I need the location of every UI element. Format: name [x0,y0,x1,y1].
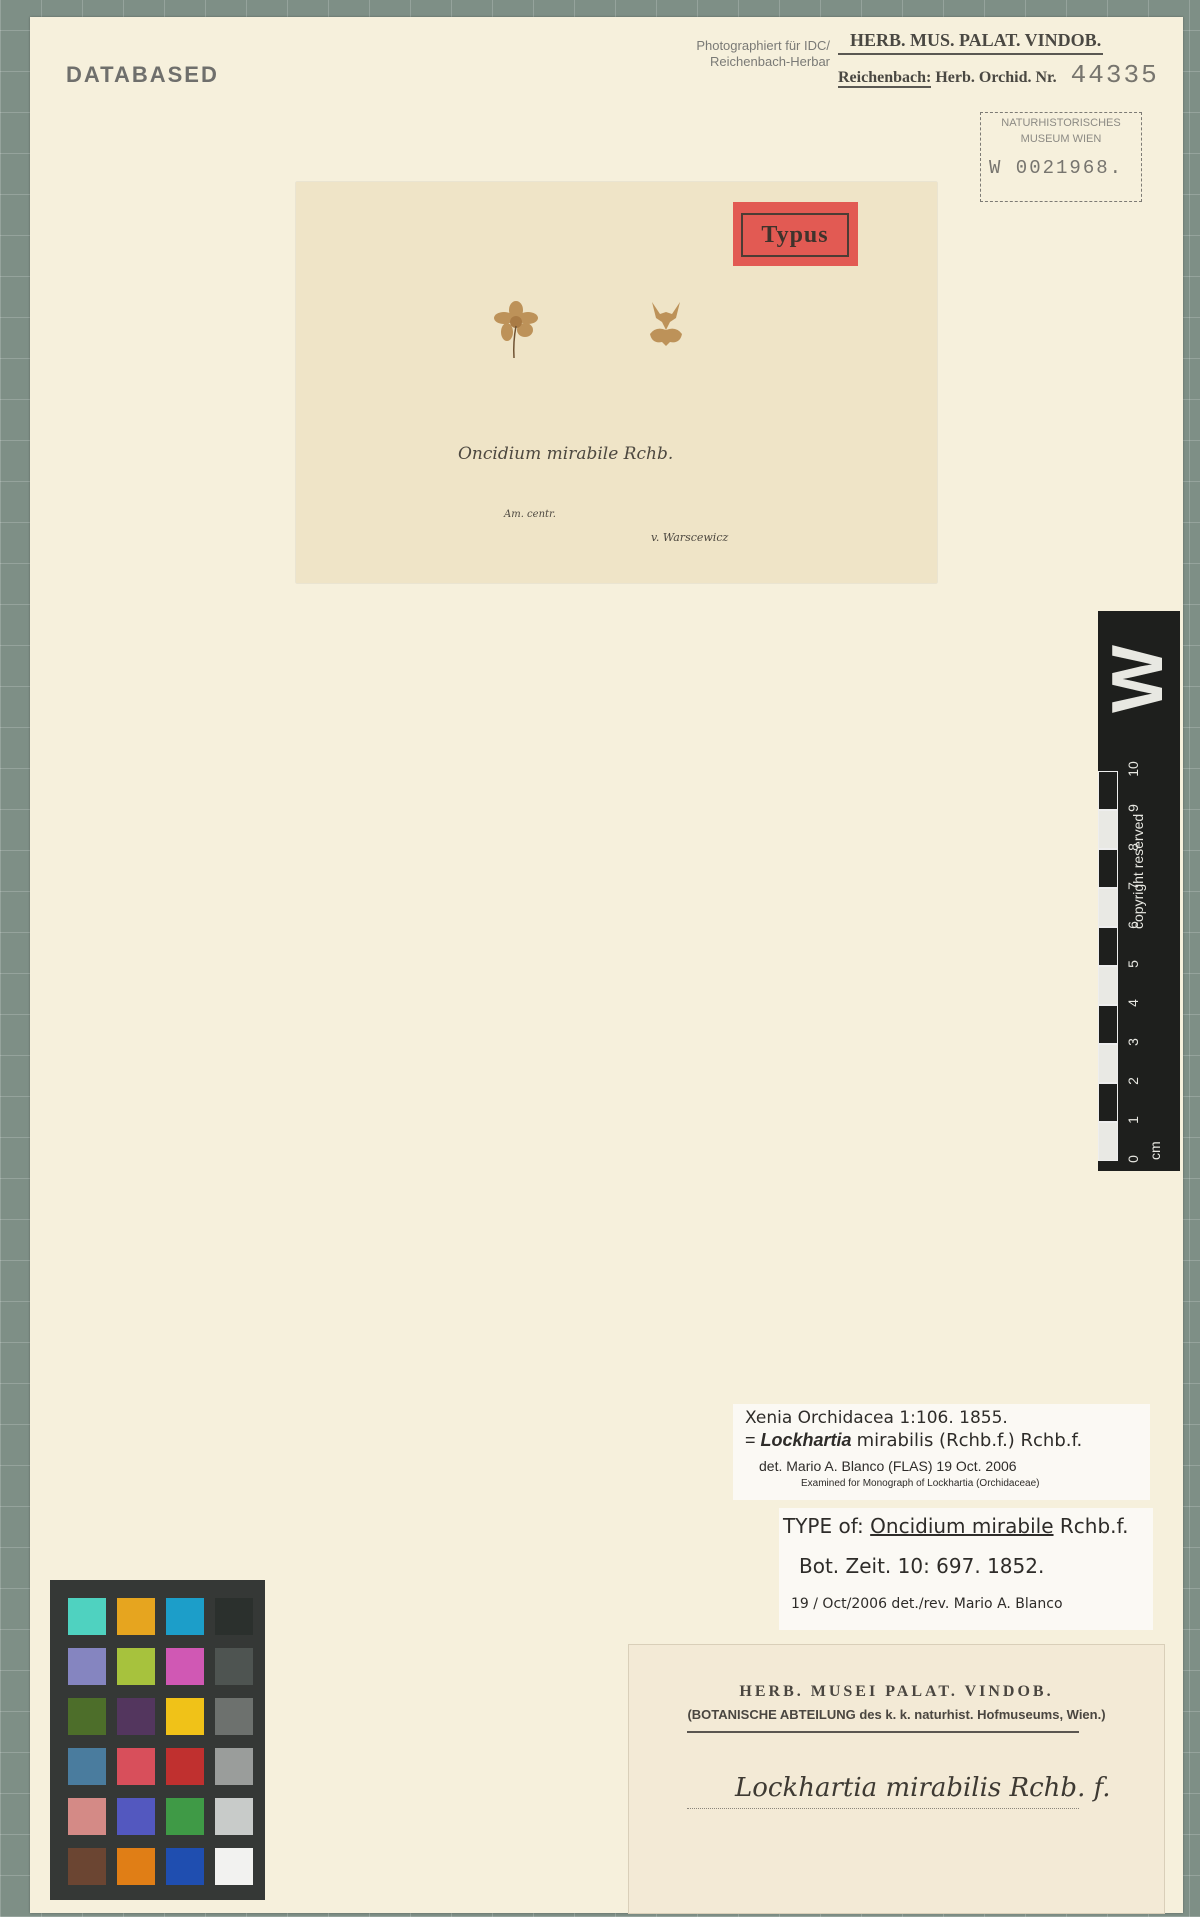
stamp-line: MUSEUM WIEN [981,133,1141,145]
color-chip [215,1848,253,1885]
ruler-tick-label: 0 [1125,1150,1141,1168]
color-chip [215,1698,253,1735]
flower-specimen-icon [494,300,538,362]
photo-note: Photographiert für IDC/ Reichenbach-Herb… [672,38,830,70]
color-chip [166,1648,204,1685]
type-author: Rchb.f. [1060,1514,1129,1538]
color-chip [68,1698,106,1735]
reichenbach-prefix: Reichenbach: [838,69,931,88]
color-chip [68,1848,106,1885]
barcode-id: W 0021968. [989,157,1141,179]
ruler-tick-label: 10 [1125,760,1141,778]
herb-label-name: Lockhartia mirabilis Rchb. f. [735,1773,1111,1803]
color-chip [215,1598,253,1635]
ruler-tick-label: 3 [1125,1033,1141,1051]
type-name: Oncidium mirabile [870,1514,1053,1538]
det-line-3: det. Mario A. Blanco (FLAS) 19 Oct. 2006 [759,1458,1017,1474]
ruler: 012345678910cm [1098,771,1120,1161]
color-chip [68,1798,106,1835]
color-chip [117,1698,155,1735]
color-chip [166,1698,204,1735]
color-chip [117,1648,155,1685]
typus-text: Typus [741,213,849,257]
color-chip [117,1798,155,1835]
reichenbach-line: Reichenbach: Herb. Orchid. Nr. 44335 [838,60,1159,90]
scale-bar: W 012345678910cm copyright reserved [1098,611,1180,1171]
det-line-4: Examined for Monograph of Lockhartia (Or… [801,1478,1039,1489]
handwritten-collector: v. Warscewicz [651,531,728,544]
color-chip [117,1598,155,1635]
typus-label: Typus [733,202,858,266]
photo-note-line: Photographiert für IDC/ [672,38,830,54]
determination-label: Xenia Orchidacea 1:106. 1855. = Lockhart… [733,1404,1150,1500]
ruler-unit: cm [1147,1142,1163,1160]
color-chip [215,1648,253,1685]
color-chip [68,1648,106,1685]
ruler-segment [1098,927,1118,966]
reichenbach-text: Herb. Orchid. Nr. [935,69,1056,86]
det-epithet: mirabilis (Rchb.f.) Rchb.f. [857,1430,1083,1451]
color-chip [215,1748,253,1785]
photo-note-line: Reichenbach-Herbar [672,54,830,70]
det-genus: Lockhartia [761,1430,852,1450]
handwritten-name: Oncidium mirabile Rchb. [458,444,673,464]
copyright-text: copyright reserved [1130,814,1146,929]
ruler-segment [1098,810,1118,849]
ruler-tick-label: 5 [1125,955,1141,973]
color-calibration-chart [50,1580,265,1900]
type-prefix: TYPE of: [783,1514,864,1538]
ruler-segment [1098,966,1118,1005]
handwritten-locality: Am. centr. [504,509,556,520]
color-chip [68,1598,106,1635]
ruler-segment [1098,1083,1118,1122]
type-label: TYPE of: Oncidium mirabile Rchb.f. Bot. … [779,1508,1153,1630]
ruler-segment [1098,1005,1118,1044]
color-chip [166,1848,204,1885]
databased-stamp: DATABASED [66,62,219,88]
stamp-line: NATURHISTORISCHES [981,117,1141,129]
ruler-segment [1098,1044,1118,1083]
color-chip [166,1798,204,1835]
specimen-packet: Typus Oncidium mirabile Rchb. Am. centr.… [296,182,937,583]
ruler-segment [1098,1122,1118,1161]
det-equals: = [745,1430,761,1450]
scale-logo: W [1108,657,1168,713]
color-chip [166,1748,204,1785]
ruler-segment [1098,888,1118,927]
color-chip [117,1848,155,1885]
ruler-segment [1098,771,1118,810]
det-line-1: Xenia Orchidacea 1:106. 1855. [745,1408,1008,1428]
type-citation: Bot. Zeit. 10: 697. 1852. [799,1554,1044,1578]
herbarium-label: HERB. MUSEI PALAT. VINDOB. (BOTANISCHE A… [628,1644,1165,1914]
museum-stamp: NATURHISTORISCHES MUSEUM WIEN W 0021968. [980,112,1142,202]
reichenbach-number: 44335 [1071,60,1159,90]
herb-label-subtitle: (BOTANISCHE ABTEILUNG des k. k. naturhis… [629,1707,1164,1722]
type-det: 19 / Oct/2006 det./rev. Mario A. Blanco [791,1596,1063,1612]
color-chip [68,1748,106,1785]
ruler-tick-label: 4 [1125,994,1141,1012]
color-chip [117,1748,155,1785]
color-chip [166,1598,204,1635]
herb-label-title: HERB. MUSEI PALAT. VINDOB. [629,1683,1164,1701]
herbarium-header: HERB. MUS. PALAT. VINDOB. [838,30,1103,55]
ruler-tick-label: 1 [1125,1111,1141,1129]
color-chip [215,1798,253,1835]
flower-specimen-icon [646,300,686,348]
ruler-tick-label: 2 [1125,1072,1141,1090]
ruler-segment [1098,849,1118,888]
